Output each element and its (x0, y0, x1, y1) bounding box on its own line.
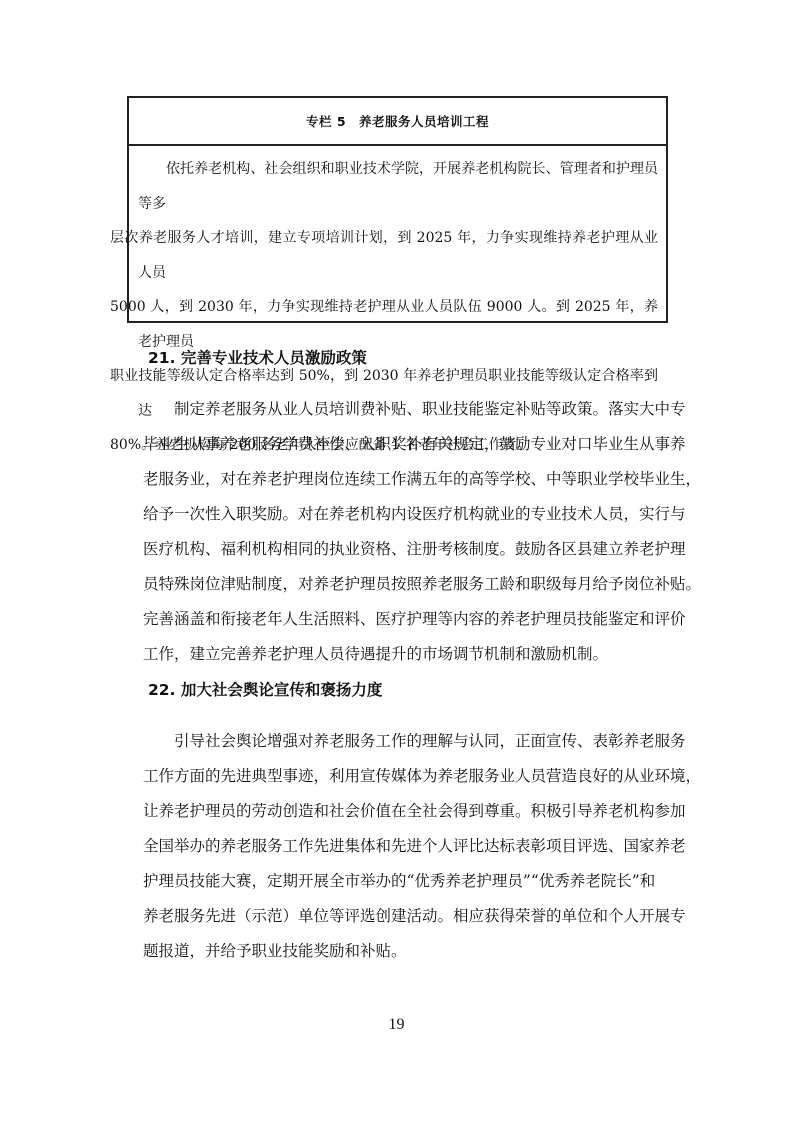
paragraph-line: 完善涵盖和衔接老年人生活照料、医疗护理等内容的养老护理员技能鉴定和评价 (143, 602, 664, 637)
paragraph-line: 医疗机构、福利机构相同的执业资格、注册考核制度。鼓励各区县建立养老护理 (143, 532, 664, 567)
paragraph-line: 养老服务先进（示范）单位等评选创建活动。相应获得荣誉的单位和个人开展专 (143, 899, 664, 934)
box-line: 依托养老机构、社会组织和职业技术学院，开展养老机构院长、管理者和护理员等多 (138, 161, 658, 212)
paragraph-line: 引导社会舆论增强对养老服务工作的理解与认同，正面宣传、表彰养老服务 (143, 724, 664, 759)
paragraph-line: 老服务业，对在养老护理岗位连续工作满五年的高等学校、中等职业学校毕业生， (143, 462, 664, 497)
paragraph-line: 毕业生从事养老服务学费补偿、入职奖补有关规定，鼓励专业对口毕业生从事养 (143, 427, 664, 462)
paragraph-line: 工作方面的先进典型事迹，利用宣传媒体为养老服务业人员营造良好的从业环境， (143, 759, 664, 794)
section-22-paragraph: 引导社会舆论增强对养老服务工作的理解与认同，正面宣传、表彰养老服务 工作方面的先… (143, 724, 664, 969)
paragraph-line: 让养老护理员的劳动创造和社会价值在全社会得到尊重。积极引导养老机构参加 (143, 794, 664, 829)
paragraph-line: 题报道，并给予职业技能奖励和补贴。 (143, 934, 664, 969)
column-box-title: 专栏 5 养老服务人员培训工程 (129, 98, 666, 146)
page-number: 19 (0, 1016, 793, 1034)
paragraph-line: 制定养老服务从业人员培训费补贴、职业技能鉴定补贴等政策。落实大中专 (143, 392, 664, 427)
section-22-heading: 22. 加大社会舆论宣传和褒扬力度 (148, 678, 382, 700)
section-21-paragraph: 制定养老服务从业人员培训费补贴、职业技能鉴定补贴等政策。落实大中专 毕业生从事养… (143, 392, 664, 672)
paragraph-line: 护理员技能大赛，定期开展全市举办的“优秀养老护理员”“优秀养老院长”和 (143, 864, 664, 899)
box-line: 层次养老服务人才培训，建立专项培训计划，到 2025 年，力争实现维持养老护理从… (110, 230, 658, 281)
paragraph-line: 给予一次性入职奖励。对在养老机构内设医疗机构就业的专业技术人员，实行与 (143, 497, 664, 532)
paragraph-line: 全国举办的养老服务工作先进集体和先进个人评比达标表彰项目评选、国家养老 (143, 829, 664, 864)
box-line: 5000 人，到 2030 年，力争实现维持老护理从业人员队伍 9000 人。到… (110, 299, 658, 350)
paragraph-line: 员特殊岗位津贴制度，对养老护理员按照养老服务工龄和职级每月给予岗位补贴。 (143, 567, 664, 602)
column-box: 专栏 5 养老服务人员培训工程 依托养老机构、社会组织和职业技术学院，开展养老机… (127, 96, 668, 323)
section-21-heading: 21. 完善专业技术人员激励政策 (148, 346, 367, 368)
paragraph-line: 工作，建立完善养老护理人员待遇提升的市场调节机制和激励机制。 (143, 637, 664, 672)
